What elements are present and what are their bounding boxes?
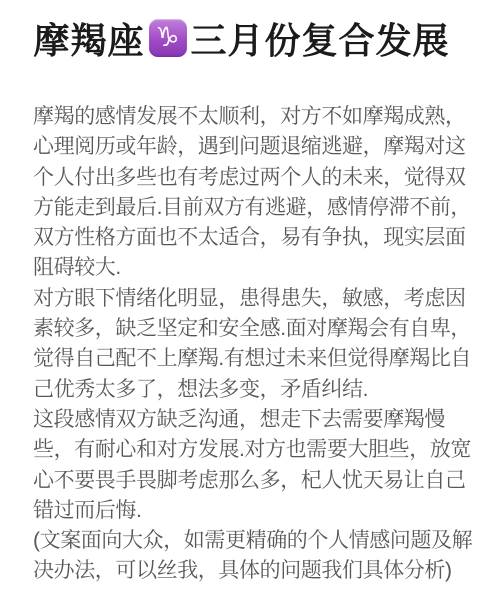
- capricorn-emoji-icon: ♑: [149, 19, 187, 57]
- text-line: 这段感情双方缺乏沟通，想走下去需要摩羯慢: [33, 405, 465, 435]
- paragraph-4-disclaimer: (文案面向大众，如需更精确的个人情感问题及解 决办法，可以丝我，具体的问题我们具…: [33, 526, 465, 587]
- text-line: 己优秀太多了，想法多变，矛盾纠结.: [33, 375, 465, 405]
- text-line: 决办法，可以丝我，具体的问题我们具体分析): [33, 556, 465, 586]
- text-line: (文案面向大众，如需更精确的个人情感问题及解: [33, 526, 465, 556]
- title-text-left: 摩羯座: [33, 13, 144, 64]
- text-line: 心不要畏手畏脚考虑那么多，杞人忧天易让自己: [33, 466, 465, 496]
- paragraph-3: 这段感情双方缺乏沟通，想走下去需要摩羯慢 些，有耐心和对方发展.对方也需要大胆些…: [33, 405, 465, 526]
- text-line: 素较多，缺乏坚定和安全感.面对摩羯会有自卑，: [33, 314, 465, 344]
- paragraph-2: 对方眼下情绪化明显，患得患失，敏感，考虑因 素较多，缺乏坚定和安全感.面对摩羯会…: [33, 284, 465, 405]
- text-line: 方能走到最后.目前双方有逃避，感情停滞不前，: [33, 193, 465, 223]
- text-line: 摩羯的感情发展不太顺利，对方不如摩羯成熟，: [33, 102, 465, 132]
- post-body: 摩羯的感情发展不太顺利，对方不如摩羯成熟， 心理阅历或年龄，遇到问题退缩逃避，摩…: [33, 102, 465, 587]
- text-line: 阻碍较大.: [33, 253, 465, 283]
- text-line: 错过而后悔.: [33, 496, 465, 526]
- post-image: 摩羯座 ♑ 三月份复合发展 摩羯的感情发展不太顺利，对方不如摩羯成熟， 心理阅历…: [0, 14, 483, 587]
- text-line: 心理阅历或年龄，遇到问题退缩逃避，摩羯对这: [33, 132, 465, 162]
- text-line: 觉得自己配不上摩羯.有想过未来但觉得摩羯比自: [33, 344, 465, 374]
- post-title: 摩羯座 ♑ 三月份复合发展: [0, 14, 483, 62]
- text-line: 双方性格方面也不太适合，易有争执，现实层面: [33, 223, 465, 253]
- text-line: 对方眼下情绪化明显，患得患失，敏感，考虑因: [33, 284, 465, 314]
- title-text-right: 三月份复合发展: [191, 13, 450, 64]
- capricorn-glyph: ♑: [155, 24, 179, 51]
- text-line: 些，有耐心和对方发展.对方也需要大胆些，放宽: [33, 435, 465, 465]
- paragraph-1: 摩羯的感情发展不太顺利，对方不如摩羯成熟， 心理阅历或年龄，遇到问题退缩逃避，摩…: [33, 102, 465, 284]
- text-line: 个人付出多些也有考虑过两个人的未来，觉得双: [33, 163, 465, 193]
